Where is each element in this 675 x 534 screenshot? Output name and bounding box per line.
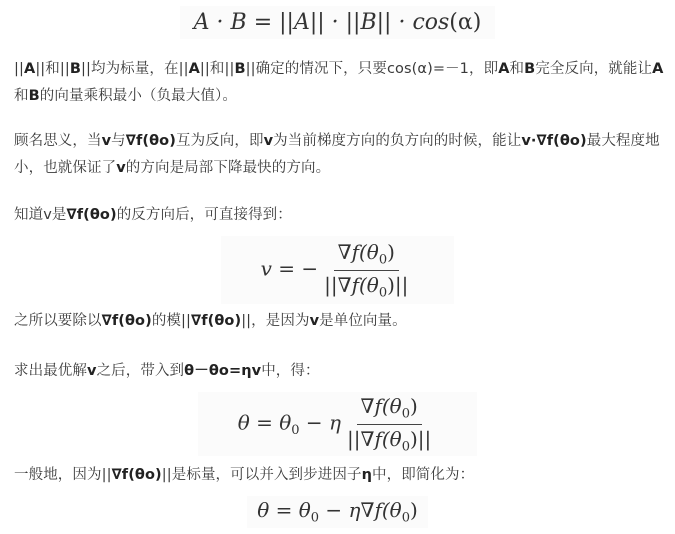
- bold-text: ∇f(θo): [191, 313, 241, 329]
- bold-text: ∇f(θo): [126, 133, 176, 149]
- formula-text: ||∇f(θ: [347, 427, 402, 451]
- text: 之所以要除以: [14, 313, 102, 329]
- paragraph-simplify: 一般地，因为||∇f(θo)||是标量，可以并入到步进因子η中，即简化为：: [14, 462, 664, 489]
- formula-subscript: 0: [402, 511, 410, 526]
- formula-text: θ = θ: [238, 411, 292, 435]
- formula-text: )||: [410, 427, 431, 451]
- bold-text: B: [234, 61, 245, 77]
- formula-text: − η∇f(θ: [319, 498, 402, 522]
- bold-text: A: [24, 61, 35, 77]
- formula-text: (α): [449, 10, 481, 35]
- formula-subscript: 0: [379, 253, 387, 268]
- formula-subscript: 0: [402, 407, 410, 422]
- text: 的模||: [152, 313, 191, 329]
- text: 和: [510, 61, 525, 77]
- bold-text: v·∇f(θo): [521, 133, 586, 149]
- text: ||确定的情况下，只要cos(α)=－1，即: [246, 61, 499, 77]
- formula-subscript: 0: [291, 423, 299, 438]
- text: 中，即简化为：: [372, 467, 474, 483]
- bold-text: v: [310, 313, 320, 329]
- bold-text: v: [102, 133, 112, 149]
- bold-text: η: [362, 467, 372, 483]
- formula-text: v = −: [261, 257, 319, 281]
- formula-subscript: 0: [402, 439, 410, 454]
- formula-text: ): [410, 498, 418, 522]
- text: ||，是因为: [241, 313, 309, 329]
- bold-text: v: [264, 133, 274, 149]
- text: 为当前梯度方向的负方向的时候，能让: [273, 133, 521, 149]
- formula-dot-product: A · B = ||A|| · ||B|| · cos(α): [0, 6, 675, 39]
- text: ||和||: [200, 61, 235, 77]
- formula-text: ): [410, 394, 418, 418]
- formula-text: cos: [412, 10, 449, 35]
- formula-theta-update-normalized: θ = θ0 − η∇f(θ0)||∇f(θ0)||: [0, 392, 675, 456]
- text: 求出最优解: [14, 363, 87, 379]
- fraction: ∇f(θ0)||∇f(θ0)||: [343, 394, 435, 454]
- formula-text: )||: [387, 273, 408, 297]
- bold-text: v: [87, 363, 97, 379]
- text: 互为反向，即: [176, 133, 264, 149]
- bold-text: A: [498, 61, 509, 77]
- paragraph-substitute-solution: 求出最优解v之后，带入到θ－θo=ηv中，得：: [14, 358, 664, 385]
- formula-theta-update-simplified: θ = θ0 − η∇f(θ0): [0, 496, 675, 528]
- formula-v-unit-vector: v = −∇f(θ0)||∇f(θ0)||: [0, 236, 675, 304]
- text: 中，得：: [261, 363, 319, 379]
- bold-text: B: [524, 61, 535, 77]
- fraction: ∇f(θ0)||∇f(θ0)||: [320, 240, 412, 300]
- text: 与: [111, 133, 126, 149]
- text: 是单位向量。: [319, 313, 407, 329]
- formula-text: ∇f(θ: [338, 240, 379, 264]
- paragraph-unit-vector-reason: 之所以要除以∇f(θo)的模||∇f(θo)||，是因为v是单位向量。: [14, 308, 664, 335]
- text: ||是标量，可以并入到步进因子: [162, 467, 362, 483]
- text: 知道v是: [14, 207, 66, 223]
- formula-text: θ = θ: [257, 498, 311, 522]
- text: 顾名思义，当: [14, 133, 102, 149]
- text: ||和||: [35, 61, 70, 77]
- bold-text: B: [29, 88, 40, 104]
- text: 的方向是局部下降最快的方向。: [126, 160, 330, 176]
- text: 和: [14, 88, 29, 104]
- bold-text: A: [652, 61, 663, 77]
- text: 完全反向，就能让: [535, 61, 652, 77]
- paragraph-v-direction: 知道v是∇f(θo)的反方向后，可直接得到：: [14, 202, 664, 229]
- text: 之后，带入到: [97, 363, 185, 379]
- formula-text: ∇f(θ: [361, 394, 402, 418]
- formula-subscript: 0: [311, 511, 319, 526]
- bold-text: ∇f(θo): [112, 467, 162, 483]
- bold-text: v: [116, 160, 126, 176]
- bold-text: ∇f(θo): [66, 207, 116, 223]
- formula-text: − η: [300, 411, 341, 435]
- formula-subscript: 0: [379, 285, 387, 300]
- bold-text: θ－θo=ηv: [184, 363, 261, 379]
- bold-text: ∇f(θo): [102, 313, 152, 329]
- text: 的反方向后，可直接得到：: [117, 207, 292, 223]
- bold-text: A: [189, 61, 200, 77]
- text: 一般地，因为||: [14, 467, 112, 483]
- bold-text: B: [70, 61, 81, 77]
- text: 的向量乘积最小（负最大值）。: [40, 88, 237, 104]
- text: ||: [14, 61, 24, 77]
- text: ||均为标量，在||: [81, 61, 189, 77]
- paragraph-gradient-direction: 顾名思义，当v与∇f(θo)互为反向，即v为当前梯度方向的负方向的时候，能让v·…: [14, 128, 664, 182]
- formula-text: ||∇f(θ: [324, 273, 379, 297]
- formula-text: ): [387, 240, 395, 264]
- formula-text: A · B = ||A|| · ||B|| ·: [194, 10, 413, 35]
- paragraph-scalar-explanation: ||A||和||B||均为标量，在||A||和||B||确定的情况下，只要cos…: [14, 56, 664, 110]
